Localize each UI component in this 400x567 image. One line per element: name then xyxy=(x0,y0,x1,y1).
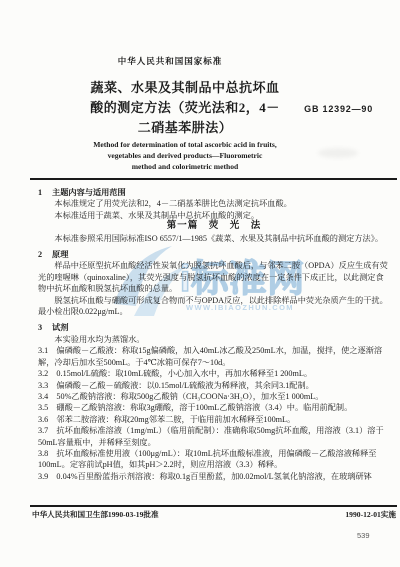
reagent-item-3-8: 3.8 抗坏血酸标准使用液（100μg/mL）：取10mL抗坏血酸标准液，用偏磷… xyxy=(38,448,390,471)
section-2-paragraph: 样品中还原型抗坏血酸经活性炭氧化为脱氢抗坏血酸后，与邻苯二胺（OPDA）反应生成… xyxy=(38,260,390,294)
iso-reference-note: 本标准参照采用国际标准ISO 6557/1—1985《蔬菜、水果及其制品中抗坏血… xyxy=(38,233,390,244)
title-line-2: 酸的测定方法（荧光法和2，4－ xyxy=(25,98,345,118)
section-3-heading: 3试剂 xyxy=(38,322,390,333)
document-title-en: Method for determination of total ascorb… xyxy=(20,139,350,172)
document-footer: 中华人民共和国卫生部1990-03-19批准 1990-12-01实施 xyxy=(32,509,396,520)
section-2-paragraph: 脱氢抗坏血酸与硼酸可形成复合物而不与OPDA反应，以此排除样品中荧光杂质产生的干… xyxy=(38,295,390,318)
national-standard-label: 中华人民共和国国家标准 xyxy=(0,55,340,67)
section-3-intro: 本实验用水均为蒸馏水。 xyxy=(38,334,390,345)
reagent-item-3-4: 3.4 50%乙酸钠溶液：称取500g乙酸钠（CH₃COONa·3H₂O），加水… xyxy=(38,391,390,402)
en-title-line-3: method and colorimetric method xyxy=(20,161,350,172)
section-2-number: 2 xyxy=(38,249,52,260)
document-page: i标准网 WWW.IBIAOZHUN.COM 中华人民共和国国家标准 蔬菜、水果… xyxy=(0,0,400,567)
title-line-1: 蔬菜、水果及其制品中总抗坏血 xyxy=(25,78,345,98)
en-title-line-1: Method for determination of total ascorb… xyxy=(20,139,350,150)
section-1-title: 主题内容与适用范围 xyxy=(52,188,126,197)
reagent-item-3-3: 3.3 偏磷酸－乙酸－硫酸液：以0.15mol/L硫酸液为稀释液，其余同3.1配… xyxy=(38,380,390,391)
reagent-item-3-7: 3.7 抗坏血酸标准溶液（1mg/mL）（临用前配制）：准确称取50mg抗坏血酸… xyxy=(38,425,390,448)
document-body: 1主题内容与适用范围 本标准规定了用荧光法和2，4－二硝基苯肼比色法测定抗坏血酸… xyxy=(38,187,390,482)
section-3-title: 试剂 xyxy=(52,323,68,332)
section-1-paragraph: 本标准规定了用荧光法和2，4－二硝基苯肼比色法测定抗坏血酸。 xyxy=(38,198,390,209)
implementation-date: 1990-12-01实施 xyxy=(345,509,396,520)
reagent-item-3-6: 3.6 邻苯二胺溶液：称取20mg邻苯二胺，于临用前加水稀释至100mL。 xyxy=(38,414,390,425)
title-line-3: 二硝基苯肼法） xyxy=(25,118,345,138)
header-rule xyxy=(30,178,397,180)
footer-rule xyxy=(30,505,397,507)
section-1-paragraph: 本标准适用于蔬菜、水果及其制品中总抗坏血酸的测定。 xyxy=(38,210,390,221)
part-1-heading: 第一篇 荧 光 法 xyxy=(38,221,390,232)
approval-statement: 中华人民共和国卫生部1990-03-19批准 xyxy=(32,509,159,520)
section-1-heading: 1主题内容与适用范围 xyxy=(38,187,390,198)
section-3-number: 3 xyxy=(38,322,52,333)
reagent-item-3-5: 3.5 硼酸－乙酸钠溶液：称取3g硼酸，溶于100mL乙酸钠溶液（3.4）中。临… xyxy=(38,402,390,413)
section-2-title: 原理 xyxy=(52,250,68,259)
section-2-heading: 2原理 xyxy=(38,249,390,260)
reagent-item-3-9: 3.9 0.04%百里酚蓝指示剂溶液：称取0.1g百里酚蓝，加0.02mol/L… xyxy=(38,471,390,482)
reagent-item-3-1: 3.1 偏磷酸－乙酸液：称取15g偏磷酸，加入40mL冰乙酸及250mL水，加温… xyxy=(38,345,390,368)
en-title-line-2: vegetables and derived products—Fluorome… xyxy=(20,150,350,161)
section-1-number: 1 xyxy=(38,187,52,198)
reagent-item-3-2: 3.2 0.15mol/L硫酸：取10mL硫酸，小心加入水中，再加水稀释至1 2… xyxy=(38,368,390,379)
standard-number: GB 12392—90 xyxy=(304,104,373,114)
page-number: 539 xyxy=(357,531,370,540)
document-title-cn: 蔬菜、水果及其制品中总抗坏血 酸的测定方法（荧光法和2，4－ 二硝基苯肼法） xyxy=(25,78,345,138)
